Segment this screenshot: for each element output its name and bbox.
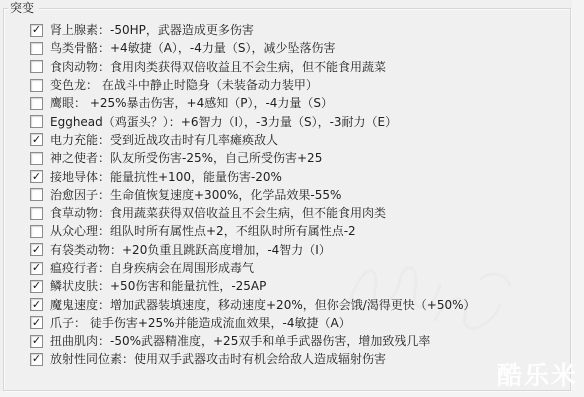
mutation-checkbox[interactable]: ✓ [30, 225, 43, 238]
mutation-checkbox[interactable]: ✓ [30, 97, 43, 110]
mutation-row[interactable]: ✓ 神之使者：队友所受伤害-25%，自己所受伤害+25 [30, 149, 566, 167]
mutation-row[interactable]: ✓ 鹰眼： +25%暴击伤害，+4感知（P），-4力量（S） [30, 94, 566, 112]
mutation-checkbox[interactable]: ✓ [30, 280, 43, 293]
mutation-label: 从众心理：组队时所有属性点+2，不组队时所有属性点-2 [50, 224, 356, 238]
mutation-row[interactable]: ✓ 扭曲肌肉：-50%武器精准度，+25双手和单手武器伤害，增加致残几率 [30, 332, 566, 350]
mutation-checkbox[interactable]: ✓ [30, 262, 43, 275]
mutation-row[interactable]: ✓ 鳞状皮肤：+50伤害和能量抗性，-25AP [30, 277, 566, 295]
mutations-list: ✓ 肾上腺素：-50HP，武器造成更多伤害 ✓ 鸟类骨骼：+4敏捷（A），-4力… [30, 21, 566, 369]
check-mark-icon: ✓ [32, 280, 41, 291]
mutation-checkbox[interactable]: ✓ [30, 24, 43, 37]
mutation-row[interactable]: ✓ 放射性同位素：使用双手武器攻击时有机会给敌人造成辐射伤害 [30, 350, 566, 368]
mutation-checkbox[interactable]: ✓ [30, 115, 43, 128]
mutation-checkbox[interactable]: ✓ [30, 60, 43, 73]
mutation-label: 魔鬼速度：增加武器装填速度，移动速度+20%，但你会饿/渴得更快（+50%） [50, 298, 476, 312]
mutation-row[interactable]: ✓ 爪子： 徒手伤害+25%并能造成流血效果，-4敏捷（A） [30, 314, 566, 332]
mutation-label: 接地导体：能量抗性+100，能量伤害-20% [50, 170, 282, 184]
mutation-label: 治愈因子：生命值恢复速度+300%，化学品效果-55% [50, 188, 341, 202]
mutation-checkbox[interactable]: ✓ [30, 152, 43, 165]
mutation-label: 爪子： 徒手伤害+25%并能造成流血效果，-4敏捷（A） [50, 316, 351, 330]
mutation-row[interactable]: ✓ 食肉动物：食用肉类获得双倍收益且不会生病，但不能食用蔬菜 [30, 58, 566, 76]
mutation-checkbox[interactable]: ✓ [30, 316, 43, 329]
mutations-groupbox: ✓ 肾上腺素：-50HP，武器造成更多伤害 ✓ 鸟类骨骼：+4敏捷（A），-4力… [3, 8, 571, 391]
mutation-row[interactable]: ✓ 治愈因子：生命值恢复速度+300%，化学品效果-55% [30, 186, 566, 204]
check-mark-icon: ✓ [32, 134, 41, 145]
mutation-label: 食草动物：食用蔬菜获得双倍收益且不会生病，但不能食用肉类 [50, 206, 386, 220]
mutation-checkbox[interactable]: ✓ [30, 298, 43, 311]
mutation-label: 有袋类动物：+20负重且跳跃高度增加，-4智力（I） [50, 243, 331, 257]
mutation-row[interactable]: ✓ 魔鬼速度：增加武器装填速度，移动速度+20%，但你会饿/渴得更快（+50%） [30, 295, 566, 313]
mutation-row[interactable]: ✓ 鸟类骨骼：+4敏捷（A），-4力量（S），减少坠落伤害 [30, 39, 566, 57]
groupbox-title: 突变 [8, 1, 39, 15]
mutation-checkbox[interactable]: ✓ [30, 188, 43, 201]
check-mark-icon: ✓ [32, 244, 41, 255]
mutations-panel-screenshot: { "panel": { "title": "突变" }, "icons": {… [0, 0, 584, 397]
check-mark-icon: ✓ [32, 317, 41, 328]
mutation-checkbox[interactable]: ✓ [30, 133, 43, 146]
check-mark-icon: ✓ [32, 299, 41, 310]
mutation-row[interactable]: ✓ 从众心理：组队时所有属性点+2，不组队时所有属性点-2 [30, 222, 566, 240]
check-mark-icon: ✓ [32, 171, 41, 182]
mutation-checkbox[interactable]: ✓ [30, 170, 43, 183]
mutation-row[interactable]: ✓ 接地导体：能量抗性+100，能量伤害-20% [30, 167, 566, 185]
window-edge-right [572, 0, 584, 397]
mutation-label: 神之使者：队友所受伤害-25%，自己所受伤害+25 [50, 151, 322, 165]
mutation-checkbox[interactable]: ✓ [30, 353, 43, 366]
mutation-label: 食肉动物：食用肉类获得双倍收益且不会生病，但不能食用蔬菜 [50, 60, 386, 74]
mutation-label: 放射性同位素：使用双手武器攻击时有机会给敌人造成辐射伤害 [50, 352, 386, 366]
mutation-row[interactable]: ✓ 变色龙： 在战斗中静止时隐身（未装备动力装甲） [30, 76, 566, 94]
mutation-row[interactable]: ✓ 电力充能：受到近战攻击时有几率瘫痪敌人 [30, 131, 566, 149]
mutation-label: Egghead（鸡蛋头？）：+6智力（I），-3力量（S），-3耐力（E） [50, 115, 397, 129]
mutation-row[interactable]: ✓ Egghead（鸡蛋头？）：+6智力（I），-3力量（S），-3耐力（E） [30, 112, 566, 130]
mutation-checkbox[interactable]: ✓ [30, 79, 43, 92]
mutation-label: 肾上腺素：-50HP，武器造成更多伤害 [50, 23, 254, 37]
mutation-label: 扭曲肌肉：-50%武器精准度，+25双手和单手武器伤害，增加致残几率 [50, 334, 430, 348]
mutation-checkbox[interactable]: ✓ [30, 243, 43, 256]
mutation-label: 变色龙： 在战斗中静止时隐身（未装备动力装甲） [50, 78, 318, 92]
check-mark-icon: ✓ [32, 262, 41, 273]
mutation-label: 瘟疫行者：自身疾病会在周围形成毒气 [50, 261, 254, 275]
mutation-label: 鳞状皮肤：+50伤害和能量抗性，-25AP [50, 279, 266, 293]
check-mark-icon: ✓ [32, 353, 41, 364]
mutation-row[interactable]: ✓ 肾上腺素：-50HP，武器造成更多伤害 [30, 21, 566, 39]
brand-watermark: 酷乐米 [497, 356, 578, 392]
mutation-row[interactable]: ✓ 食草动物：食用蔬菜获得双倍收益且不会生病，但不能食用肉类 [30, 204, 566, 222]
check-mark-icon: ✓ [32, 335, 41, 346]
check-mark-icon: ✓ [32, 24, 41, 35]
mutation-label: 鸟类骨骼：+4敏捷（A），-4力量（S），减少坠落伤害 [50, 41, 335, 55]
mutation-label: 电力充能：受到近战攻击时有几率瘫痪敌人 [50, 133, 278, 147]
mutation-row[interactable]: ✓ 瘟疫行者：自身疾病会在周围形成毒气 [30, 259, 566, 277]
mutation-checkbox[interactable]: ✓ [30, 335, 43, 348]
mutation-checkbox[interactable]: ✓ [30, 207, 43, 220]
mutation-label: 鹰眼： +25%暴击伤害，+4感知（P），-4力量（S） [50, 96, 333, 110]
mutation-row[interactable]: ✓ 有袋类动物：+20负重且跳跃高度增加，-4智力（I） [30, 241, 566, 259]
mutation-checkbox[interactable]: ✓ [30, 42, 43, 55]
